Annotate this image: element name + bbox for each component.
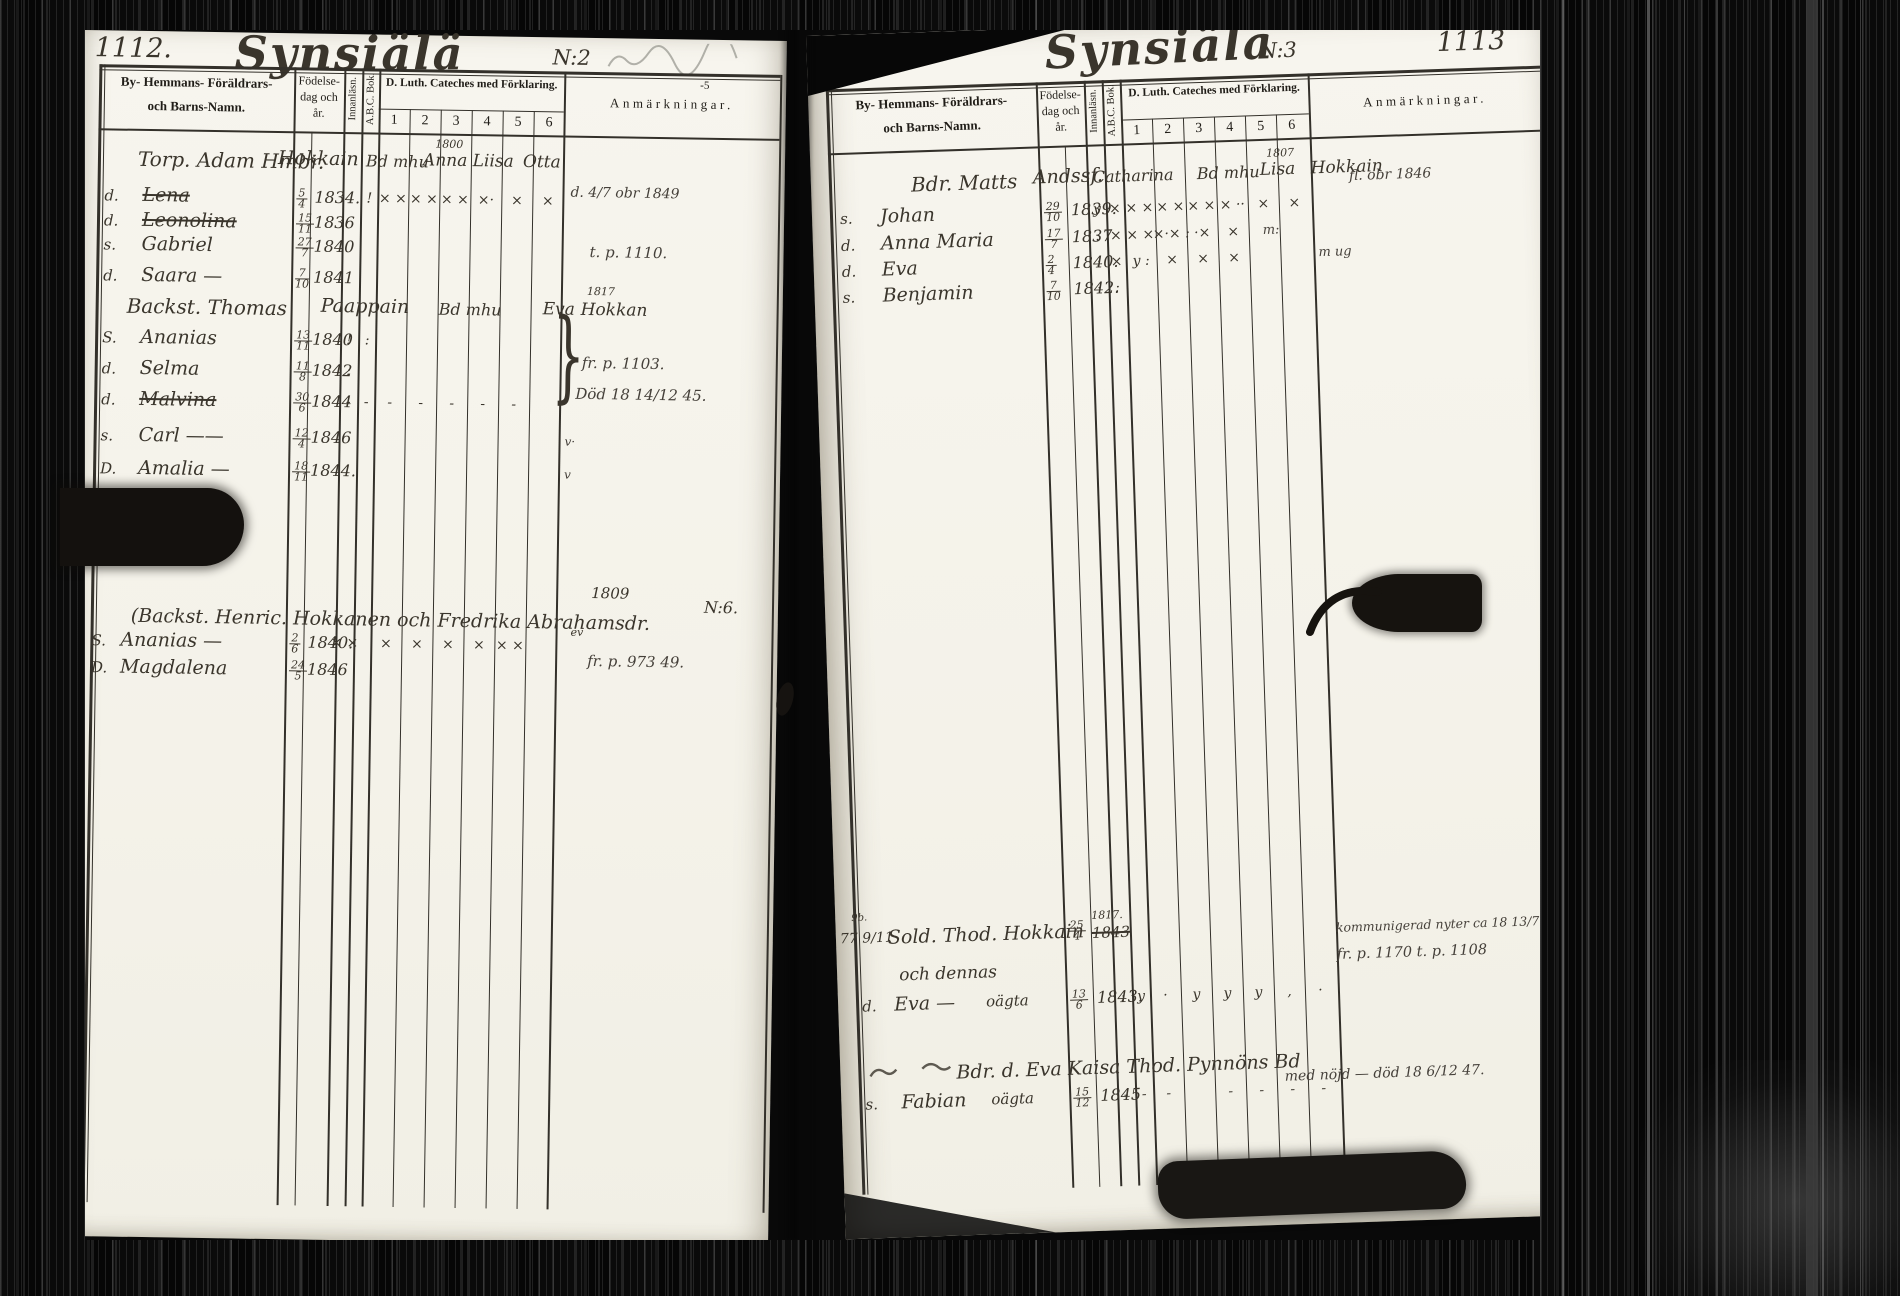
header-name-col-label: och Barns-Namn. (883, 117, 981, 136)
column-rule (547, 72, 566, 1210)
catechism-mark: y (1093, 201, 1101, 217)
birth-date: 306 (293, 392, 311, 413)
birth-year: 1841 (313, 268, 354, 288)
left-page: 1112. Synsiälä N:2 By- Hemmans- Föräldra… (66, 30, 787, 1247)
birth-year: 1846 (307, 660, 348, 680)
child-row-prefix: d. (102, 359, 117, 377)
catechism-mark: × (1166, 252, 1178, 268)
birth-year: 1834. (314, 188, 360, 208)
child-note: oägta (991, 1089, 1034, 1108)
family-head-name: Sold. Thod. Hokkain (888, 920, 1085, 948)
remark: Död 18 14/12 45. (575, 385, 706, 405)
remark: fr. p. 1170 t. p. 1108 (1336, 942, 1487, 963)
catechism-mark: - (1321, 1080, 1326, 1096)
child-row-prefix: s. (842, 289, 855, 307)
remark: v· (564, 435, 575, 449)
catechism-mark: : (346, 363, 351, 379)
header-birth-col-label: år. (1055, 119, 1067, 134)
child-name: Carl —— (138, 424, 223, 447)
remark: m: (1262, 222, 1279, 238)
birth-year: 1840 (313, 237, 354, 257)
birth-year: 1837 (1071, 226, 1112, 246)
header-birth-col-label: dag och (1042, 103, 1080, 119)
child-row-prefix: s. (840, 210, 853, 228)
record-table: By- Hemmans- Föräldrars-och Barns-Namn.F… (66, 30, 787, 1247)
catechism-mark: - (364, 394, 369, 410)
cateches-subcolumn-rule (1152, 119, 1188, 1184)
child-row-prefix: d. (103, 266, 118, 284)
family-wife-name: Anna Liisa (423, 150, 514, 171)
family-head-note: Bd mhu (366, 151, 429, 171)
cateches-column-number: 5 (514, 115, 521, 131)
catechism-mark: : (365, 332, 370, 348)
header-name-col-label: By- Hemmans- Föräldrars- (855, 92, 1007, 113)
birth-year-old: 1817. (1091, 908, 1123, 922)
catechism-mark: - (1259, 1082, 1264, 1098)
birth-date: 710 (295, 268, 309, 289)
microfilm-scan: { "document": { "header_labels": { "name… (0, 0, 1900, 1296)
catechism-mark: × (380, 636, 392, 652)
margin-note-super: 9b. (851, 912, 867, 924)
table-left-frame-inner (830, 89, 868, 1194)
catechism-mark: × × (410, 191, 438, 207)
family-head-note: Bd mhu (439, 300, 502, 320)
catechism-mark: - (387, 395, 392, 411)
family-wife-birth-year: 1807 (1266, 146, 1294, 160)
family-head-name: Backst. Thomas (126, 294, 287, 321)
corner-note: -5 (700, 80, 709, 92)
catechism-mark: × (1109, 201, 1121, 217)
film-scratch (1860, 0, 1861, 1296)
birth-date: 26 (289, 633, 300, 654)
catechism-mark: × × (1187, 198, 1215, 215)
remark-super: ev (570, 626, 583, 639)
catechism-mark: y (1223, 985, 1231, 1001)
family-wife-surname: Otta (523, 152, 561, 173)
catechism-mark: · (1097, 280, 1102, 296)
child-name: Amalia — (138, 457, 230, 480)
catechism-mark: × × (379, 191, 407, 207)
catechism-mark: - (418, 395, 423, 411)
birth-date: 1512 (1073, 1087, 1092, 1109)
catechism-mark: × (1288, 195, 1300, 211)
catechism-mark: × (1197, 251, 1209, 267)
birth-date: 24 (1045, 255, 1057, 276)
catechism-mark: y : (1132, 253, 1150, 270)
family-head-note: Catharina (1093, 165, 1174, 187)
child-row-prefix: s. (865, 1095, 878, 1113)
child-row-prefix: D. (100, 459, 117, 477)
header-birth-col-label: år. (313, 106, 325, 121)
birth-date: 710 (1046, 281, 1061, 302)
child-note: oägta (986, 991, 1029, 1010)
remark: d. 4/7 obr 1849 (570, 185, 679, 203)
catechism-mark: - (346, 394, 351, 410)
cateches-column-number: 6 (1288, 118, 1296, 134)
remark: fr. p. 973 49. (587, 652, 684, 672)
family-wife-name: Lisa (1259, 159, 1295, 180)
birth-date: 1511 (296, 213, 314, 234)
cateches-column-number: 6 (545, 115, 552, 131)
birth-date: 118 (293, 361, 311, 382)
remark: v (564, 468, 571, 482)
film-scratch (1716, 0, 1718, 1296)
cateches-column-number: 3 (1195, 121, 1203, 137)
catechism-mark: × × (496, 638, 524, 654)
child-row-prefix: d. (101, 390, 116, 408)
column-rule (362, 69, 381, 1207)
catechism-mark: - (1166, 1085, 1171, 1101)
catechism-mark: · (1318, 982, 1323, 998)
family-wife-surname: Hokkan (581, 300, 648, 321)
birth-date: 2910 (1044, 202, 1063, 224)
header-name-col-label: och Barns-Namn. (147, 98, 245, 116)
cateches-subcolumn-rule (486, 111, 504, 1209)
catechism-mark: × × (1125, 200, 1153, 217)
family-head-name: Bdr. Matts (911, 169, 1018, 197)
catechism-mark: , (1287, 983, 1292, 999)
cateches-column-number: 4 (1226, 120, 1234, 136)
family-head-surname: Paappain (321, 295, 410, 318)
catechism-mark: × × (1126, 227, 1154, 244)
catechism-mark: × (1228, 250, 1240, 266)
catechism-mark: × (1227, 224, 1239, 240)
catechism-mark: × (1257, 196, 1269, 212)
header-cateches-label: D. Luth. Cateches med Förklaring. (386, 77, 558, 92)
birth-date: 54 (296, 188, 307, 209)
birth-date: 177 (1045, 229, 1064, 251)
catechism-mark: : (1095, 228, 1100, 244)
cateches-column-number: 2 (1164, 122, 1172, 138)
catechism-mark: - (1124, 1087, 1129, 1103)
birth-date: 1311 (294, 330, 312, 351)
child-name: Ananias (140, 326, 217, 349)
family-house-number: N:6. (704, 598, 738, 618)
child-row-prefix: D. (91, 658, 108, 676)
family-head-note: Bd mhu (1196, 162, 1259, 183)
remark: med nöjd — död 18 6/12 47. (1285, 1062, 1485, 1085)
birth-year: 1846 (310, 428, 351, 448)
catechism-mark: ·× (1194, 225, 1211, 242)
catechism-mark: - (1142, 1086, 1147, 1102)
catechism-mark: - (449, 396, 454, 412)
header-name-col-label: By- Hemmans- Föräldrars- (121, 74, 273, 92)
family-head-line2: och dennas (899, 962, 997, 985)
header-anmarkningar-label: Anmärkningar. (610, 95, 734, 113)
catechism-mark: × × (330, 635, 358, 651)
film-scratch (1588, 0, 1589, 1296)
cateches-column-number: 1 (390, 113, 397, 129)
child-row-prefix: S. (102, 328, 117, 346)
remark: fr. p. 1103. (582, 354, 665, 373)
child-row-prefix: d. (841, 236, 856, 254)
birth-year-struck: 1843 (1092, 923, 1131, 942)
child-name: Selma (140, 357, 200, 380)
remark: m ug (1318, 244, 1352, 260)
catechism-mark: y (1254, 984, 1262, 1000)
catechism-mark: ! (346, 332, 352, 348)
table-left-frame (826, 89, 865, 1194)
catechism-mark: × × (441, 192, 469, 208)
catechism-mark: × ·· (1220, 197, 1246, 214)
catechism-mark: × (1111, 254, 1123, 270)
family-head-line: Bdr. d. Eva Kaisa Thod. Pynnöns Bd (956, 1050, 1301, 1083)
child-name: Eva (881, 257, 918, 280)
table-right-frame (763, 75, 782, 1213)
remark: t. p. 1110. (589, 243, 667, 262)
header-abc-bok-label: A.B.C. Bok. (1105, 84, 1118, 137)
header-innanlasn-label: Innanläsn. (1087, 89, 1099, 133)
finger-smudge-left (60, 488, 244, 566)
child-name: Anna Maria (881, 229, 995, 255)
birth-date: 1811 (292, 461, 310, 482)
book-gutter-shadow (780, 26, 814, 1240)
catechism-mark: × (442, 637, 454, 653)
catechism-mark: ×· (478, 192, 494, 208)
cateches-subcolumn-rule (393, 109, 411, 1207)
column-rule (1084, 81, 1122, 1186)
family-head-surname: Hokkain (278, 147, 359, 170)
child-name: Gabriel (141, 233, 212, 256)
film-border-left (0, 0, 85, 1296)
catechism-mark: y (1137, 988, 1145, 1004)
column-rule (1102, 80, 1140, 1185)
catechism-mark: - (1290, 1081, 1295, 1097)
birth-date: 277 (295, 237, 313, 258)
child-row-prefix: s. (100, 426, 113, 444)
family-wife-birth-year: 1817 (587, 285, 615, 298)
child-name: Malvina (139, 388, 217, 411)
child-name: Lena (142, 184, 190, 207)
header-abc-bok-label: A.B.C. Bok. (365, 73, 377, 125)
film-scratch (1822, 0, 1824, 1296)
cateches-subcolumn-rule (455, 110, 473, 1208)
child-name: Saara — (141, 264, 222, 287)
catechism-mark: : (1115, 280, 1120, 296)
header-birth-col-label: dag och (300, 89, 338, 105)
child-row-prefix: d. (104, 186, 119, 204)
catechism-mark: · (1163, 988, 1168, 1004)
cateches-column-number: 4 (483, 114, 490, 130)
child-name: Johan (880, 204, 936, 228)
film-mottle (1640, 1060, 1900, 1296)
film-scratch (1562, 0, 1564, 1296)
catechism-mark: y (1192, 986, 1200, 1002)
catechism-mark: ×·× : (1152, 225, 1190, 242)
cateches-column-number: 1 (1133, 123, 1141, 139)
catechism-mark: - (511, 397, 516, 413)
child-row-prefix: S. (91, 631, 106, 649)
finger-smudge-tail (1306, 586, 1382, 642)
birth-date: 254 (1067, 920, 1086, 942)
cateches-column-number: 5 (1257, 119, 1265, 135)
film-scratch (1647, 0, 1650, 1296)
child-row-prefix: d. (104, 211, 119, 229)
family-birth-year: 1809 (591, 584, 629, 603)
birth-date: 136 (1070, 989, 1089, 1011)
catechism-mark: × × (1156, 199, 1184, 216)
header-anmarkningar-label: Anmärkningar. (1363, 90, 1487, 110)
cateches-subcolumn-rule (1245, 115, 1281, 1180)
catechism-mark: × (542, 193, 554, 209)
cateches-subcolumn-rule (1183, 118, 1219, 1183)
family-wife-birth-year: 1800 (435, 138, 463, 151)
catechism-mark: - (480, 396, 485, 412)
cateches-subcolumn-rule (1214, 116, 1250, 1181)
catechism-mark: × (511, 193, 523, 209)
header-innanlasn-label: Innanläsn. (347, 77, 359, 121)
header-birth-col-label: Födelse- (298, 73, 340, 89)
catechism-mark: × (411, 636, 423, 652)
catechism-mark: × (1110, 228, 1122, 244)
child-row-prefix: d. (862, 997, 877, 1015)
child-name: Benjamin (882, 282, 974, 307)
cateches-subcolumn-rule (424, 110, 442, 1208)
child-name: Leonolina (142, 209, 237, 232)
remark: fl. obr 1846 (1349, 165, 1432, 184)
cateches-column-number: 3 (452, 114, 459, 130)
cateches-column-number: 2 (421, 113, 428, 129)
catechism-mark: ! (366, 190, 372, 206)
child-row-prefix: s. (103, 235, 116, 253)
child-name: Fabian (901, 1089, 967, 1113)
child-name: Eva — (894, 992, 956, 1016)
catechism-mark: : (1120, 989, 1125, 1005)
catechism-mark: × (473, 637, 485, 653)
birth-year: 1836 (314, 213, 355, 233)
column-rule (1120, 80, 1158, 1185)
cateches-subcolumn-rule (517, 111, 535, 1209)
bottom-smudge (1157, 1150, 1467, 1220)
header-birth-col-label: Födelse- (1039, 87, 1081, 103)
child-name: Magdalena (120, 656, 228, 680)
catechism-mark: : (1096, 254, 1101, 270)
birth-date: 124 (292, 428, 310, 449)
birth-date: 245 (289, 660, 307, 681)
remark-brace: } (551, 303, 586, 408)
film-scratch (1684, 0, 1685, 1296)
birth-year: 1845 (1100, 1084, 1141, 1104)
film-scratch (1806, 0, 1818, 1296)
date-split-rule (1065, 145, 1101, 1186)
margin-note: 77 9/11 (840, 930, 894, 948)
child-name: Ananias — (120, 629, 222, 653)
cateches-subcolumn-rule (1276, 114, 1312, 1179)
child-row-prefix: d. (842, 262, 857, 280)
catechism-mark: - (1228, 1083, 1233, 1099)
birth-year: 1844. (310, 461, 356, 481)
